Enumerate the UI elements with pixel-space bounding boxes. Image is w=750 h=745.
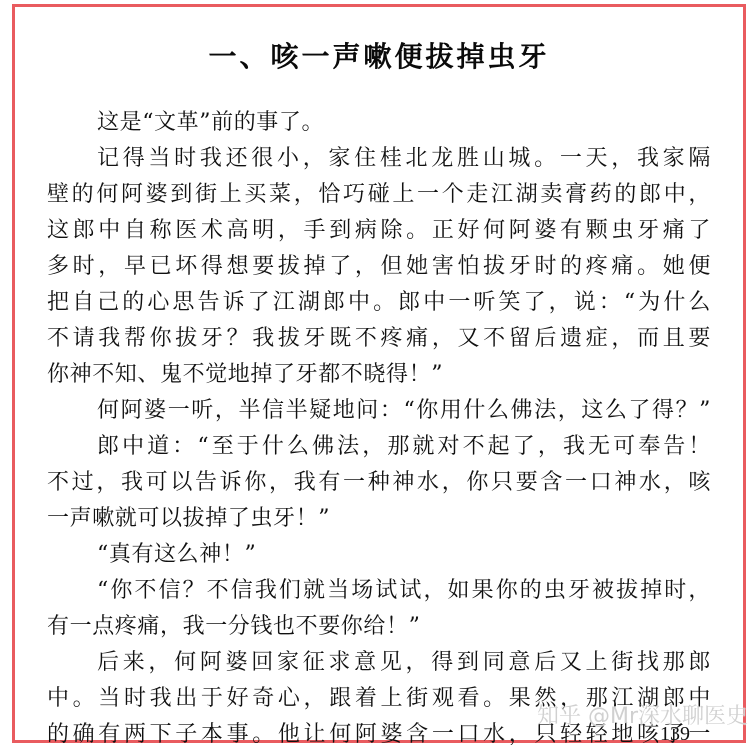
text-line: “你不信？不信我们就当场试试，如果你的虫牙被拔掉时，: [47, 573, 711, 609]
text-line: 多时，早已坏得想要拔掉了，但她害怕拔牙时的疼痛。她便: [47, 249, 711, 285]
text-line: 不请我帮你拔牙？我拔牙既不疼痛，又不留后遗症，而且要: [47, 321, 711, 357]
paragraph-3: 何阿婆一听，半信半疑地问：“你用什么佛法，这么了得？”: [47, 393, 711, 429]
paragraph-7: 后来，何阿婆回家征求意见，得到同意后又上街找那郎 中。当时我出于好奇心，跟着上街…: [47, 645, 711, 745]
page-number: 139: [660, 723, 690, 745]
paragraph-4: 郎中道：“至于什么佛法，那就对不起了，我无可奉告！ 不过，我可以告诉你，我有一种…: [47, 429, 711, 537]
text-line: 后来，何阿婆回家征求意见，得到同意后又上街找那郎: [47, 645, 711, 681]
text-line: “真有这么神！”: [47, 537, 711, 573]
text-line: 记得当时我还很小，家住桂北龙胜山城。一天，我家隔: [47, 141, 711, 177]
text-line: 壁的何阿婆到街上买菜，恰巧碰上一个走江湖卖膏药的郎中，: [47, 177, 711, 213]
paragraph-5: “真有这么神！”: [47, 537, 711, 573]
text-line: 郎中道：“至于什么佛法，那就对不起了，我无可奉告！: [47, 429, 711, 465]
zhihu-watermark: 知乎 @Mr深水聊医史: [537, 699, 748, 730]
text-line: 不过，我可以告诉你，我有一种神水，你只要含一口神水，咳: [47, 465, 711, 501]
text-line: 有一点疼痛，我一分钱也不要你给！”: [47, 609, 711, 645]
text-line: 把自己的心思告诉了江湖郎中。郎中一听笑了，说：“为什么: [47, 285, 711, 321]
text-line: 这郎中自称医术高明，手到病除。正好何阿婆有颗虫牙痛了: [47, 213, 711, 249]
paragraph-6: “你不信？不信我们就当场试试，如果你的虫牙被拔掉时， 有一点疼痛，我一分钱也不要…: [47, 573, 711, 645]
text-line: 这是“文革”前的事了。: [47, 105, 711, 141]
book-page: 一、咳一声嗽便拔掉虫牙 这是“文革”前的事了。 记得当时我还很小，家住桂北龙胜山…: [12, 4, 746, 743]
text-line: 何阿婆一听，半信半疑地问：“你用什么佛法，这么了得？”: [47, 393, 711, 429]
text-line: 你神不知、鬼不觉地掉了牙都不晓得！”: [47, 357, 711, 393]
body-text: 这是“文革”前的事了。 记得当时我还很小，家住桂北龙胜山城。一天，我家隔 壁的何…: [47, 105, 711, 745]
chapter-title: 一、咳一声嗽便拔掉虫牙: [15, 35, 743, 75]
paragraph-1: 这是“文革”前的事了。: [47, 105, 711, 141]
text-line: 一声嗽就可以拔掉了虫牙！”: [47, 501, 711, 537]
paragraph-2: 记得当时我还很小，家住桂北龙胜山城。一天，我家隔 壁的何阿婆到街上买菜，恰巧碰上…: [47, 141, 711, 393]
